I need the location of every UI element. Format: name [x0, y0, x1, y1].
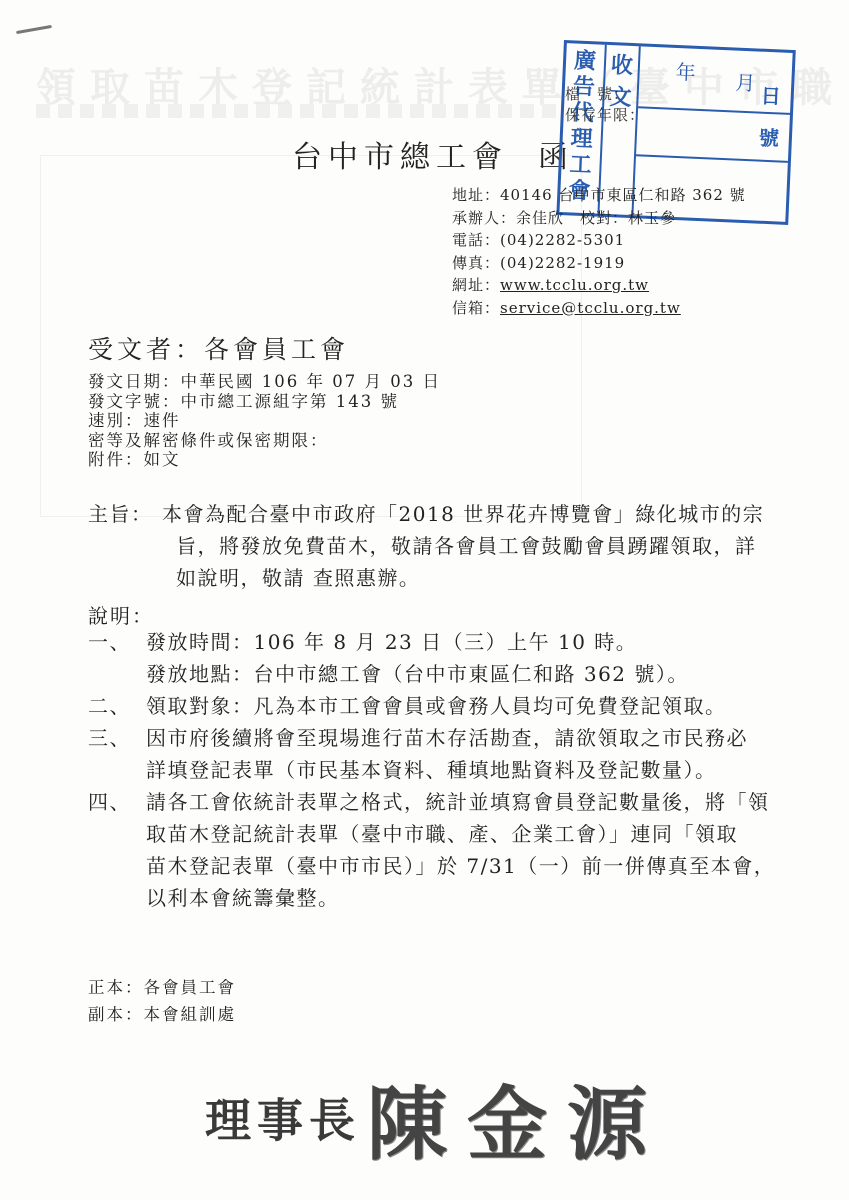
- reference-number: 發文字號：中市總工源組字第 143 號: [88, 392, 441, 412]
- document-meta: 發文日期：中華民國 106 年 07 月 03 日 發文字號：中市總工源組字第 …: [88, 372, 441, 470]
- recipient: 受文者：各會員工會: [88, 330, 349, 366]
- stamp-char: 廣: [566, 47, 605, 75]
- stamp-day: 日: [760, 80, 781, 110]
- stamp-number-row: 號: [636, 106, 790, 163]
- stamp-char: 理: [562, 125, 601, 153]
- organization-name: 台中市總工會: [292, 140, 508, 175]
- signature-seal: 理事長陳金源: [205, 1060, 667, 1175]
- signatory-title: 理事長: [205, 1094, 361, 1148]
- website-link[interactable]: www.tcclu.org.tw: [500, 276, 649, 294]
- fax: 傳真：(04)2282-1919: [452, 252, 746, 275]
- signatory-name: 陳金源: [367, 1077, 667, 1171]
- stamp-year: 年: [675, 56, 696, 86]
- email-link[interactable]: service@tcclu.org.tw: [500, 299, 681, 317]
- item-line: 請各工會依統計表單之格式，統計並填寫會員登記數量後，將「領: [146, 786, 798, 818]
- stamp-char: 收: [605, 49, 638, 82]
- item-line: 以利本會統籌彙整。: [146, 882, 798, 914]
- item-number: 二、: [88, 690, 131, 722]
- contact-block: 地址：40146 台中市東區仁和路 362 號 承辦人：余佳欣 校對：林玉參 電…: [452, 184, 746, 319]
- subject-line: 旨，將發放免費苗木，敬請各會員工會鼓勵會員踴躍領取，詳: [162, 530, 788, 562]
- explanation-item: 四、 請各工會依統計表單之格式，統計並填寫會員登記數量後，將「領 取苗木登記統計…: [88, 786, 798, 914]
- delivery-speed: 速別：速件: [88, 411, 441, 431]
- issue-date: 發文日期：中華民國 106 年 07 月 03 日: [88, 372, 441, 392]
- attachment: 附件：如文: [88, 450, 441, 470]
- explanation-item: 一、 發放時間：106 年 8 月 23 日（三）上午 10 時。 發放地點：台…: [88, 626, 798, 690]
- retention-period-label: 保存年限：: [565, 104, 645, 125]
- website-row: 網址：www.tcclu.org.tw: [452, 274, 746, 297]
- document-title: 台中市總工會函: [292, 132, 574, 176]
- explanation-heading: 說明：: [88, 600, 154, 629]
- stamp-date-row: 年 月 日: [638, 46, 793, 115]
- subject-line: 本會為配合臺中市政府「2018 世界花卉博覽會」綠化城市的宗: [162, 498, 788, 530]
- email-label: 信箱：: [452, 299, 500, 317]
- item-number: 一、: [88, 626, 131, 658]
- item-number: 三、: [88, 722, 131, 754]
- email-row: 信箱：service@tcclu.org.tw: [452, 297, 746, 320]
- phone: 電話：(04)2282-5301: [452, 229, 746, 252]
- website-label: 網址：: [452, 276, 500, 294]
- subject-label: 主旨：: [88, 498, 153, 530]
- explanation-item: 二、 領取對象：凡為本市工會會員或會務人員均可免費登記領取。: [88, 690, 798, 722]
- explanation-item: 三、 因市府後續將會至現場進行苗木存活勘查，請欲領取之市民務必 詳填登記表單（市…: [88, 722, 798, 786]
- archive-number-label: 檔 號：: [565, 83, 629, 104]
- copy-recipients: 副本：本會組訓處: [88, 1001, 236, 1028]
- item-line: 發放地點：台中市總工會（台中市東區仁和路 362 號）。: [146, 658, 798, 690]
- item-line: 苗木登記表單（臺中市市民）」於 7/31（一）前一併傳真至本會，: [146, 850, 798, 882]
- address: 地址：40146 台中市東區仁和路 362 號: [452, 184, 746, 207]
- secrecy-level: 密等及解密條件或保密期限：: [88, 431, 441, 451]
- bleed-through-subtitle: [36, 104, 556, 118]
- stamp-number: 號: [758, 122, 779, 152]
- subject-line: 如說明，敬請 查照惠辦。: [162, 562, 788, 594]
- subject-body: 本會為配合臺中市政府「2018 世界花卉博覽會」綠化城市的宗 旨，將發放免費苗木…: [162, 498, 788, 594]
- stamp-month: 月: [735, 67, 756, 97]
- item-number: 四、: [88, 786, 131, 818]
- distribution: 正本：各會員工會 副本：本會組訓處: [88, 974, 236, 1028]
- scan-scratch-mark: [16, 25, 52, 34]
- original-recipients: 正本：各會員工會: [88, 974, 236, 1001]
- explanation-items: 一、 發放時間：106 年 8 月 23 日（三）上午 10 時。 發放地點：台…: [88, 626, 798, 914]
- stamp-char: 工: [561, 151, 600, 179]
- item-line: 發放時間：106 年 8 月 23 日（三）上午 10 時。: [146, 626, 798, 658]
- item-line: 領取對象：凡為本市工會會員或會務人員均可免費登記領取。: [146, 690, 798, 722]
- item-line: 取苗木登記統計表單（臺中市職、產、企業工會）」連同「領取: [146, 818, 798, 850]
- handler: 承辦人：余佳欣 校對：林玉參: [452, 207, 746, 230]
- subject-section: 主旨： 本會為配合臺中市政府「2018 世界花卉博覽會」綠化城市的宗 旨，將發放…: [88, 498, 788, 594]
- item-line: 因市府後續將會至現場進行苗木存活勘查，請欲領取之市民務必: [146, 722, 798, 754]
- item-line: 詳填登記表單（市民基本資料、種填地點資料及登記數量）。: [146, 754, 798, 786]
